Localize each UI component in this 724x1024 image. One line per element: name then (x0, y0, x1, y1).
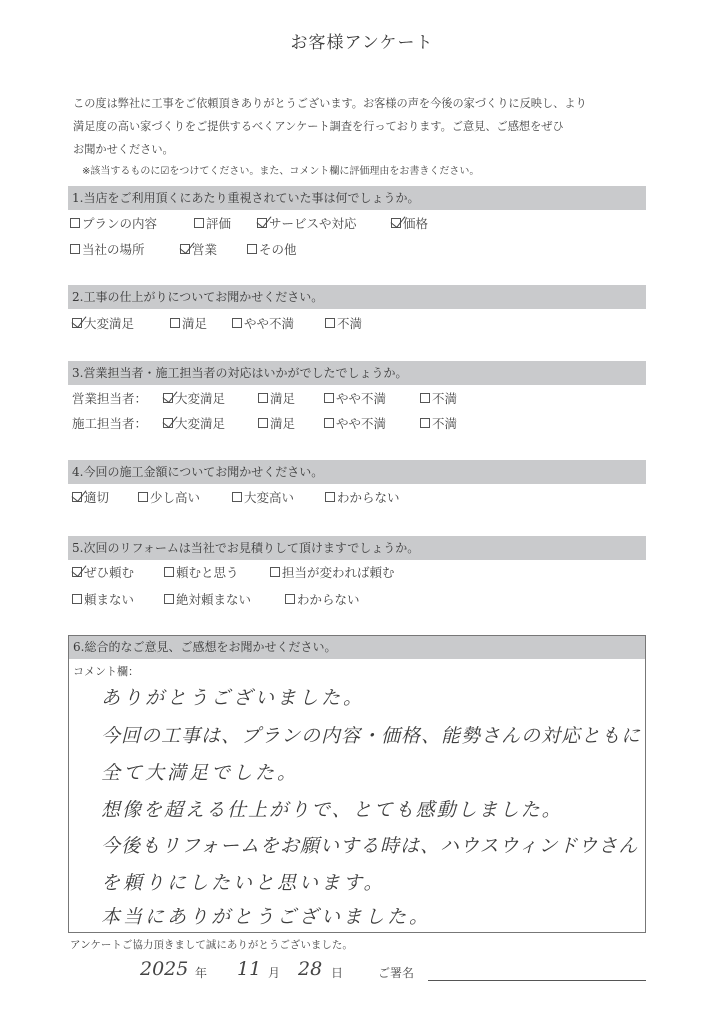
comment-line-2: 今回の工事は、プランの内容・価格、能勢さんの対応ともに (101, 721, 641, 748)
checkbox[interactable] (420, 393, 430, 403)
question-5-header: 5.次回のリフォームは当社でお見積りして頂けますでしょうか。 (68, 536, 646, 560)
comment-line-6: を頼りにしたいと思います。 (101, 868, 385, 895)
checkbox-checked[interactable] (72, 492, 82, 502)
q5-option-absolutely-not[interactable]: 絶対頼まない (164, 590, 251, 608)
question-4-header: 4.今回の施工金額についてお聞かせください。 (68, 460, 646, 484)
q3-sales-dissatisfied[interactable]: 不満 (420, 389, 457, 407)
question-5-options-row-1: ぜひ頼む 頼むと思う 担当が変われば頼む (70, 563, 650, 583)
q1-option-location[interactable]: 当社の場所 (70, 240, 145, 258)
year-value[interactable]: 2025 (140, 958, 188, 980)
intro-line-1: この度は弊社に工事をご依頼頂きありがとうございます。お客様の声を今後の家づくりに… (73, 92, 663, 115)
checkbox-checked[interactable] (72, 318, 82, 328)
comment-line-3: 全て大満足でした。 (101, 758, 299, 785)
checkbox[interactable] (70, 244, 80, 254)
q3-construction-label: 施工担当者： (72, 414, 147, 432)
day-label: 日 (331, 964, 343, 981)
question-2-options: 大変満足 満足 やや不満 不満 (70, 314, 650, 334)
checkbox[interactable] (420, 418, 430, 428)
q5-option-definitely[interactable]: ぜひ頼む (72, 563, 134, 581)
checkbox[interactable] (258, 393, 268, 403)
question-3-header: 3.営業担当者・施工担当者の対応はいかがでしたでしょうか。 (68, 361, 646, 385)
comment-line-5: 今後もリフォームをお願いする時は、ハウスウィンドウさん (101, 831, 638, 858)
checkbox[interactable] (325, 318, 335, 328)
checkbox[interactable] (164, 567, 174, 577)
question-6-header: 6.総合的なご意見、ご感想をお聞かせください。 (69, 636, 645, 659)
checkbox[interactable] (285, 594, 295, 604)
q4-option-slightly-high[interactable]: 少し高い (138, 488, 200, 506)
q3-sales-very-satisfied[interactable]: 大変満足 (163, 389, 225, 407)
checkbox[interactable] (258, 418, 268, 428)
checkbox-checked[interactable] (163, 418, 173, 428)
intro-line-2: 満足度の高い家づくりをご提供するべくアンケート調査を行っております。ご意見、ご感… (73, 115, 663, 138)
checkbox[interactable] (324, 393, 334, 403)
q3-sales-label: 営業担当者： (72, 389, 147, 407)
checkbox[interactable] (170, 318, 180, 328)
q1-option-service[interactable]: サービスや対応 (257, 214, 357, 232)
checkbox-checked[interactable] (180, 244, 190, 254)
comment-line-1: ありがとうございました。 (101, 683, 365, 710)
checkbox-checked[interactable] (72, 567, 82, 577)
checkbox[interactable] (72, 594, 82, 604)
q1-option-price[interactable]: 価格 (391, 214, 428, 232)
question-3-sales-row: 営業担当者： 大変満足 満足 やや不満 不満 (70, 389, 650, 409)
q5-option-probably[interactable]: 頼むと思う (164, 563, 239, 581)
thanks-text: アンケートご協力頂きまして誠にありがとうございました。 (70, 937, 353, 952)
q3-construction-satisfied[interactable]: 満足 (258, 414, 295, 432)
intro-line-3: お聞かせください。 (73, 138, 663, 161)
day-value[interactable]: 28 (298, 958, 322, 980)
q5-option-unknown[interactable]: わからない (285, 590, 360, 608)
checkbox-checked[interactable] (257, 218, 267, 228)
q2-option-dissatisfied[interactable]: 不満 (325, 314, 362, 332)
question-1-options-row-2: 当社の場所 営業 その他 (70, 240, 650, 260)
q3-construction-very-satisfied[interactable]: 大変満足 (163, 414, 225, 432)
page-title: お客様アンケート (0, 28, 724, 53)
q1-option-other[interactable]: その他 (247, 240, 297, 258)
checkbox[interactable] (325, 492, 335, 502)
month-value[interactable]: 11 (237, 958, 261, 980)
comment-line-7: 本当にありがとうございました。 (101, 902, 431, 929)
q1-option-plan[interactable]: プランの内容 (70, 214, 157, 232)
year-label: 年 (195, 964, 207, 981)
question-1-options-row-1: プランの内容 評価 サービスや対応 価格 (70, 214, 650, 234)
checkbox[interactable] (232, 318, 242, 328)
question-5-options-row-2: 頼まない 絶対頼まない わからない (70, 590, 650, 610)
checkbox[interactable] (232, 492, 242, 502)
checkbox[interactable] (194, 218, 204, 228)
checkbox[interactable] (70, 218, 80, 228)
q3-sales-satisfied[interactable]: 満足 (258, 389, 295, 407)
checkbox[interactable] (270, 567, 280, 577)
q4-option-very-high[interactable]: 大変高い (232, 488, 294, 506)
checkbox[interactable] (324, 418, 334, 428)
q5-option-no[interactable]: 頼まない (72, 590, 134, 608)
q3-sales-somewhat-dissatisfied[interactable]: やや不満 (324, 389, 386, 407)
q1-option-sales[interactable]: 営業 (180, 240, 217, 258)
date-signature-row: 2025 年 11 月 28 日 ご署名 (0, 958, 724, 988)
q2-option-somewhat-dissatisfied[interactable]: やや不満 (232, 314, 294, 332)
instruction-note: ※該当するものに☑をつけてください。また、コメント欄に評価理由をお書きください。 (82, 162, 479, 177)
checkbox[interactable] (247, 244, 257, 254)
q1-option-review[interactable]: 評価 (194, 214, 231, 232)
q2-option-very-satisfied[interactable]: 大変満足 (72, 314, 134, 332)
comment-label: コメント欄： (73, 663, 139, 679)
q4-option-unknown[interactable]: わからない (325, 488, 400, 506)
checkbox[interactable] (164, 594, 174, 604)
q2-option-satisfied[interactable]: 満足 (170, 314, 207, 332)
signature-field[interactable] (428, 980, 646, 981)
q5-option-if-staff-changes[interactable]: 担当が変われば頼む (270, 563, 395, 581)
intro-text: この度は弊社に工事をご依頼頂きありがとうございます。お客様の声を今後の家づくりに… (73, 92, 663, 161)
q3-construction-dissatisfied[interactable]: 不満 (420, 414, 457, 432)
question-4-options: 適切 少し高い 大変高い わからない (70, 488, 650, 508)
comment-line-4: 想像を超える仕上がりで、とても感動しました。 (101, 795, 563, 822)
signature-label: ご署名 (378, 964, 414, 981)
checkbox[interactable] (138, 492, 148, 502)
question-1-header: 1.当店をご利用頂くにあたり重視されていた事は何でしょうか。 (68, 186, 646, 210)
month-label: 月 (268, 964, 280, 981)
checkbox-checked[interactable] (163, 393, 173, 403)
question-3-construction-row: 施工担当者： 大変満足 満足 やや不満 不満 (70, 414, 650, 434)
q4-option-appropriate[interactable]: 適切 (72, 488, 109, 506)
question-6-comment-box: 6.総合的なご意見、ご感想をお聞かせください。 コメント欄： ありがとうございま… (68, 635, 646, 933)
question-2-header: 2.工事の仕上がりについてお聞かせください。 (68, 285, 646, 309)
q3-construction-somewhat-dissatisfied[interactable]: やや不満 (324, 414, 386, 432)
checkbox-checked[interactable] (391, 218, 401, 228)
